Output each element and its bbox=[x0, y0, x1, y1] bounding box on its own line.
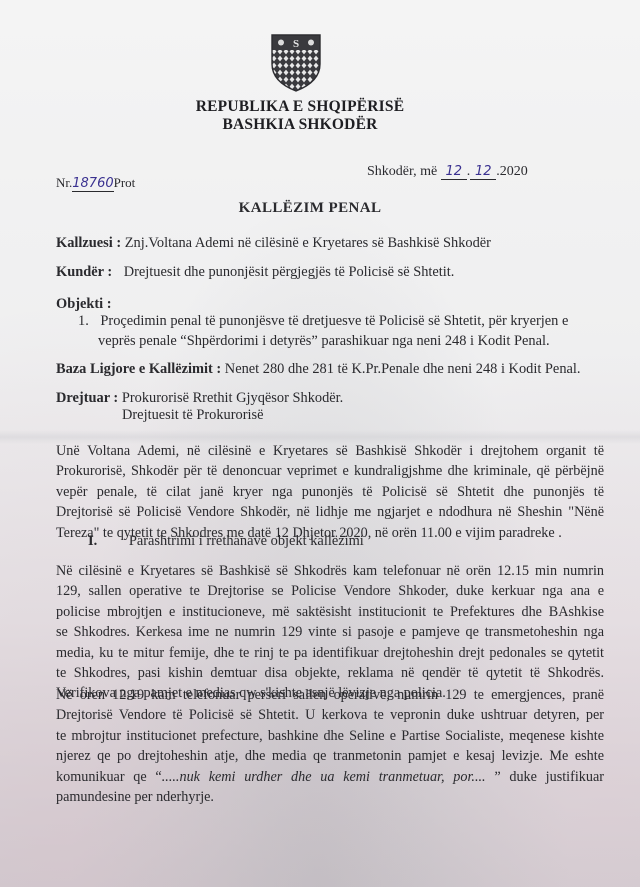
against-label: Kundër : bbox=[56, 264, 112, 280]
section-title: Parashtrimi i rrethanave objekt kallëzim… bbox=[129, 533, 364, 549]
addressed-to-line2: Drejtuesit të Prokurorisë bbox=[122, 407, 263, 424]
circumstances-paragraph-2: Në oren 12.19 kam telefonuar perseri sal… bbox=[56, 685, 604, 807]
legal-basis-field: Baza Ligjore e Kallëzimit : Nenet 280 dh… bbox=[56, 361, 581, 378]
against-field: Kundër : Drejtuesit dhe punonjësit përgj… bbox=[56, 264, 454, 281]
police-quote: .....nuk kemi urdher dhe ua kemi tranmet… bbox=[162, 769, 486, 785]
quote-line: komunikuar qe “.....nuk kemi urdher dhe … bbox=[56, 767, 604, 787]
coat-of-arms-shield-icon: S bbox=[271, 34, 321, 92]
date-day-handwritten: 12 bbox=[441, 164, 467, 180]
object-item: 1. Proçedimin penal të punonjësve të dre… bbox=[78, 313, 568, 330]
against-value: Drejtuesit dhe punonjësit përgjegjës të … bbox=[124, 264, 455, 280]
addressed-to-field: Drejtuar : Prokurorisë Rrethit Gjyqësor … bbox=[56, 390, 343, 407]
complainant-value: Znj.Voltana Ademi në cilësinë e Kryetare… bbox=[125, 235, 491, 251]
municipality-name: BASHKIA SHKODËR bbox=[0, 116, 600, 134]
intro-paragraph: Unë Voltana Ademi, në cilësinë e Kryetar… bbox=[56, 441, 604, 543]
place-date: Shkodër, më 12.12.2020 bbox=[367, 164, 528, 180]
addressed-to-line1: Prokurorisë Rrethit Gjyqësor Shkodër. bbox=[122, 390, 343, 406]
complainant-label: Kallzuesi : bbox=[56, 235, 121, 251]
addressed-to-label: Drejtuar : bbox=[56, 390, 118, 406]
institution-name: REPUBLIKA E SHQIPËRISË bbox=[0, 98, 600, 116]
object-item-continued: veprës penale “Shpërdorimi i detyrës” pa… bbox=[98, 333, 550, 350]
protocol-number: Nr.18760Prot bbox=[56, 175, 135, 192]
protocol-number-handwritten: 18760 bbox=[72, 176, 113, 192]
legal-basis-value: Nenet 280 dhe 281 të K.Pr.Penale dhe nen… bbox=[225, 361, 581, 377]
svg-text:S: S bbox=[293, 38, 299, 50]
legal-basis-label: Baza Ligjore e Kallëzimit : bbox=[56, 361, 221, 377]
section-heading: I. Parashtrimi i rrethanave objekt kallë… bbox=[88, 533, 364, 550]
object-label: Objekti : bbox=[56, 296, 112, 313]
document-title: KALLËZIM PENAL bbox=[0, 200, 620, 217]
date-month-handwritten: 12 bbox=[470, 164, 496, 180]
complainant-field: Kallzuesi : Znj.Voltana Ademi në cilësin… bbox=[56, 235, 491, 252]
circumstances-paragraph-1: Në cilësinë e Kryetares së Bashkisë së S… bbox=[56, 561, 604, 704]
section-number: I. bbox=[88, 533, 97, 549]
